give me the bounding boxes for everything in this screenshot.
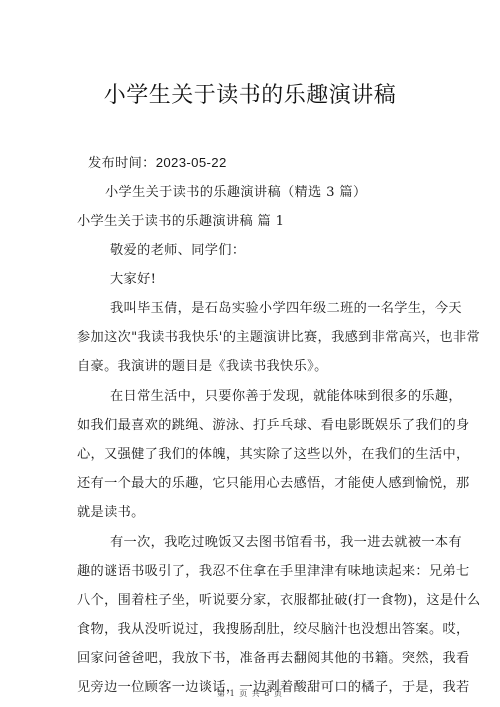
paragraph-line: 就是读书。 bbox=[77, 501, 427, 520]
publish-label: 发布时间： bbox=[88, 156, 156, 171]
paragraph-line: 回家问爸爸吧，我放下书，准备再去翻阅其他的书籍。突然，我看 bbox=[77, 647, 427, 666]
paragraph-line: 敬爱的老师、同学们： bbox=[110, 239, 460, 258]
paragraph-line: 大家好! bbox=[110, 268, 460, 287]
paragraph-line: 自豪。我演讲的题目是《我读书我快乐》。 bbox=[77, 355, 427, 374]
paragraph-line: 在日常生活中，只要你善于发现，就能体味到很多的乐趣， bbox=[110, 385, 460, 404]
paragraph-line: 八个，围着柱子坐，听说要分家，衣服都扯破(打一食物)，这是什么 bbox=[77, 589, 427, 608]
paragraph-line: 如我们最喜欢的跳绳、游泳、打乒乓球、看电影既娱乐了我们的身 bbox=[77, 414, 427, 433]
document-title: 小学生关于读书的乐趣演讲稿 bbox=[0, 78, 500, 109]
section-heading: 小学生关于读书的乐趣演讲稿 篇 1 bbox=[77, 210, 427, 229]
page-footer: 第 1 页 共 8 页 bbox=[0, 688, 500, 699]
paragraph-line: 食物，我从没听说过，我搜肠刮肚，绞尽脑汁也没想出答案。哎， bbox=[77, 618, 427, 637]
paragraph-line: 趣的谜语书吸引了，我忍不住拿在手里津津有味地读起来：兄弟七 bbox=[77, 560, 427, 579]
publish-date-line: 发布时间：2023-05-22 bbox=[88, 152, 438, 171]
publish-date: 2023-05-22 bbox=[156, 155, 227, 170]
paragraph-line: 有一次，我吃过晚饭又去图书馆看书，我一进去就被一本有 bbox=[110, 531, 460, 550]
collection-title: 小学生关于读书的乐趣演讲稿（精选 3 篇） bbox=[105, 181, 455, 200]
paragraph-line: 心，又强健了我们的体魄，其实除了这些以外，在我们的生活中， bbox=[77, 443, 427, 462]
paragraph-line: 我叫毕玉倩，是石岛实验小学四年级二班的一名学生，今天 bbox=[110, 297, 460, 316]
paragraph-line: 参加这次"我读书我快乐'的主题演讲比赛，我感到非常高兴，也非常 bbox=[77, 326, 427, 345]
paragraph-line: 还有一个最大的乐趣，它只能用心去感悟，才能使人感到愉悦，那 bbox=[77, 472, 427, 491]
